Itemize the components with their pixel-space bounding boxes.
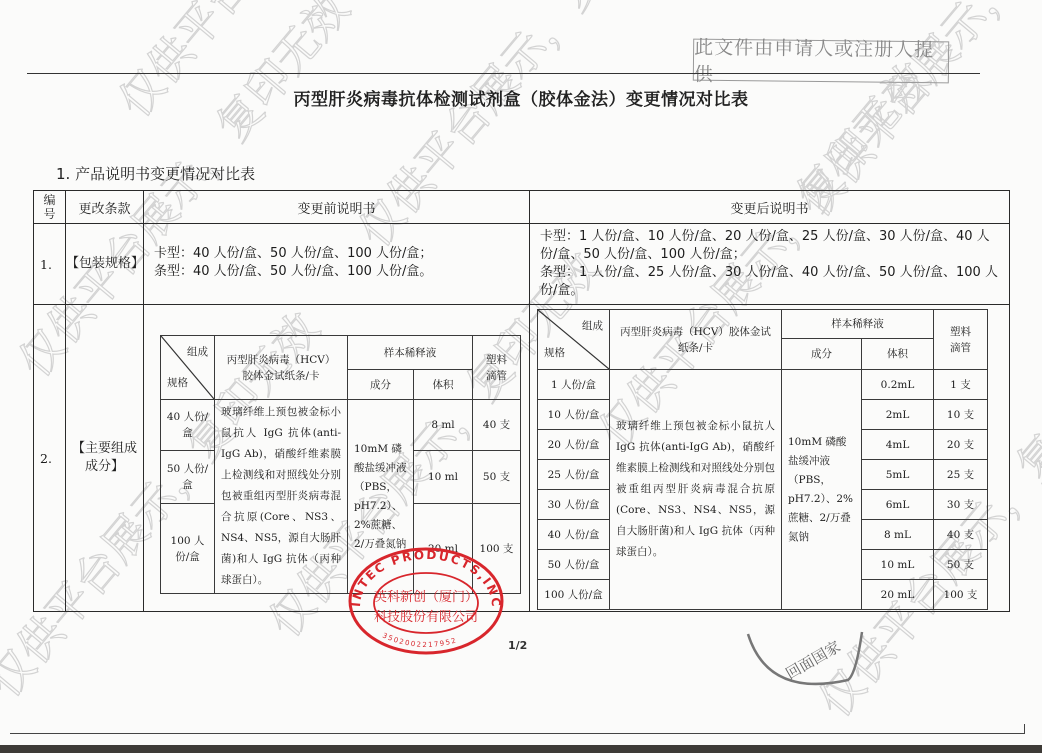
table-row: 2. 【主要组成成分】 组成 规格 丙型肝炎病毒（HCV）胶体金试纸条/卡 样: [34, 305, 1010, 612]
spec-composition-header: 组成 规格: [538, 310, 610, 370]
table-header-row: 编号 更改条款 变更前说明书 变更后说明书: [34, 191, 1010, 224]
strip-header: 丙型肝炎病毒（HCV）胶体金试纸条/卡: [610, 310, 782, 370]
packaging-after-card: 卡型：1 人份/盒、10 人份/盒、20 人份/盒、25 人份/盒、30 人份/…: [540, 228, 999, 264]
row-number: 2.: [34, 305, 66, 612]
composition-after: 组成 规格 丙型肝炎病毒（HCV）胶体金试纸条/卡 样本稀释液 塑料滴管 成分 …: [530, 305, 1010, 612]
strip-description: 玻璃纤维上预包被金标小鼠抗人 IgG 抗体(anti-IgG Ab)，硝酸纤维素…: [215, 400, 348, 594]
row-clause: 【主要组成成分】: [66, 305, 144, 612]
row-clause: 【包装规格】: [66, 224, 144, 305]
scan-edge: [0, 745, 1042, 753]
volume-header: 体积: [862, 339, 934, 370]
spec-composition-header: 组成 规格: [161, 336, 215, 400]
strip-header: 丙型肝炎病毒（HCV）胶体金试纸条/卡: [215, 336, 348, 400]
component-header: 成分: [348, 370, 414, 400]
diluent-header: 样本稀释液: [348, 336, 473, 370]
page-number: 1/2: [508, 639, 527, 652]
partial-gray-seal-icon: 回面国家: [728, 630, 868, 702]
applicant-provided-stamp: 此文件由申请人或注册人提供: [693, 39, 949, 84]
buffer-description: 10mM 磷酸盐缓冲液（PBS，pH7.2）、2%蔗糖、2/万叠氮钠: [782, 370, 862, 610]
packaging-after: 卡型：1 人份/盒、10 人份/盒、20 人份/盒、25 人份/盒、30 人份/…: [530, 224, 1010, 305]
section-heading: 1. 产品说明书变更情况对比表: [56, 163, 255, 184]
document-title: 丙型肝炎病毒抗体检测试剂盒（胶体金法）变更情况对比表: [0, 85, 1042, 110]
dropper-header: 塑料滴管: [934, 310, 988, 370]
svg-text:科技股份有限公司: 科技股份有限公司: [374, 609, 478, 625]
composition-after-table: 组成 规格 丙型肝炎病毒（HCV）胶体金试纸条/卡 样本稀释液 塑料滴管 成分 …: [537, 309, 988, 610]
footer-rule-tick: [1024, 724, 1025, 734]
diluent-header: 样本稀释液: [782, 310, 934, 339]
document-page: 仅供平台展示，复印无效 仅供平台展示，复印无效 仅供平台展示，复印无效 仅供平台…: [0, 0, 1042, 753]
spec-row: 40 人份/盒 玻璃纤维上预包被金标小鼠抗人 IgG 抗体(anti-IgG A…: [161, 400, 521, 451]
comparison-table: 编号 更改条款 变更前说明书 变更后说明书 1. 【包装规格】 卡型：40 人份…: [33, 190, 1010, 612]
svg-text:英科新创（厦门）: 英科新创（厦门）: [374, 589, 478, 605]
packaging-before-card: 卡型：40 人份/盒、50 人份/盒、100 人份/盒；: [154, 245, 519, 263]
header-clause: 更改条款: [66, 191, 144, 224]
table-row: 1. 【包装规格】 卡型：40 人份/盒、50 人份/盒、100 人份/盒； 条…: [34, 224, 1010, 305]
packaging-before: 卡型：40 人份/盒、50 人份/盒、100 人份/盒； 条型：40 人份/盒、…: [144, 224, 530, 305]
packaging-before-strip: 条型：40 人份/盒、50 人份/盒、100 人份/盒。: [154, 263, 519, 281]
packaging-after-strip: 条型：1 人份/盒、25 人份/盒、30 人份/盒、40 人份/盒、50 人份/…: [540, 264, 999, 300]
spec-row: 1 人份/盒 玻璃纤维上预包被金标小鼠抗人 IgG 抗体(anti-IgG Ab…: [538, 370, 988, 400]
svg-text:回面国家: 回面国家: [783, 637, 844, 683]
header-before: 变更前说明书: [144, 191, 530, 224]
dropper-header: 塑料滴管: [473, 336, 521, 400]
header-rule: [27, 73, 980, 74]
component-header: 成分: [782, 339, 862, 370]
company-seal-icon: INTEC PRODUCTS,INC.(XIAMEN). 英科新创（厦门） 科技…: [346, 545, 506, 657]
header-after: 变更后说明书: [530, 191, 1010, 224]
volume-header: 体积: [414, 370, 473, 400]
footer-rule: [10, 733, 1025, 734]
strip-description: 玻璃纤维上预包被金标小鼠抗人 IgG 抗体(anti-IgG Ab)，硝酸纤维素…: [610, 370, 782, 610]
row-number: 1.: [34, 224, 66, 305]
header-no: 编号: [34, 191, 66, 224]
